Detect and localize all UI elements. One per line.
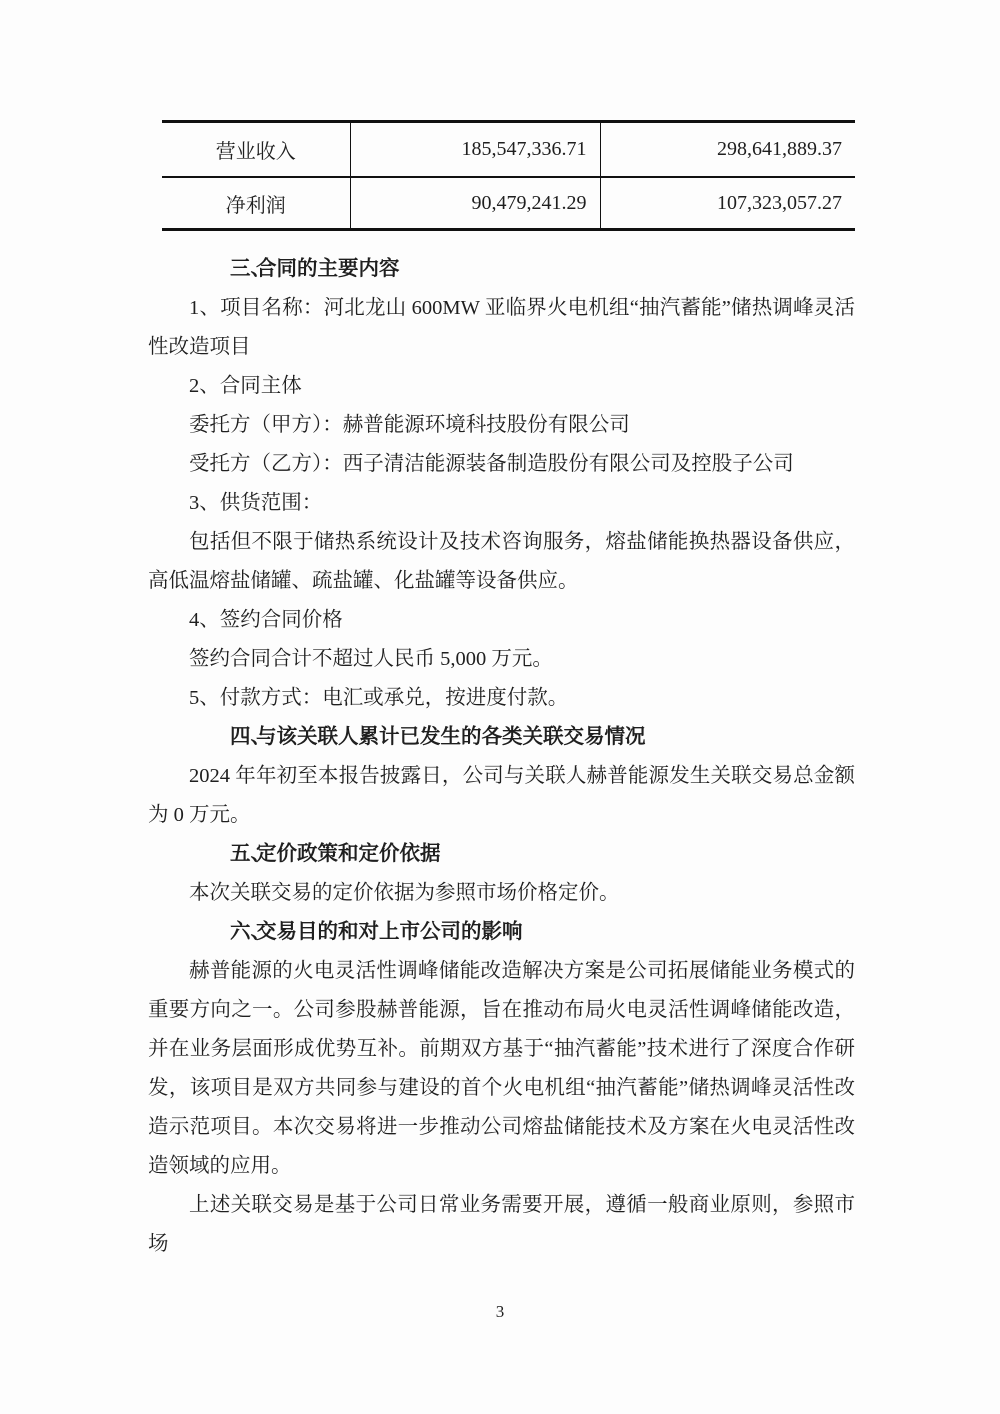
table-cell-revenue-label: 营业收入: [162, 122, 350, 178]
section-six-heading: 六、交易目的和对上市公司的影响: [148, 913, 855, 952]
paragraph-transaction-purpose: 赫普能源的火电灵活性调峰储能改造解决方案是公司拓展储能业务模式的重要方向之一。公…: [148, 952, 855, 1186]
table-cell-revenue-value1: 185,547,336.71: [350, 122, 600, 178]
page-number: 3: [0, 1302, 1000, 1322]
section-three-number: 三、: [189, 250, 256, 289]
paragraph-supply-scope: 包括但不限于储热系统设计及技术咨询服务，熔盐储能换热器设备供应，高低温熔盐储罐、…: [148, 523, 855, 601]
paragraph-supply-scope-title: 3、供货范围：: [148, 484, 855, 523]
table-cell-revenue-value2: 298,641,889.37: [600, 122, 855, 178]
section-six-number: 六、: [189, 913, 256, 952]
section-six-title: 交易目的和对上市公司的影响: [256, 921, 523, 943]
paragraph-party-a: 委托方（甲方）：赫普能源环境科技股份有限公司: [148, 406, 855, 445]
table-row-net-profit: 净利润 90,479,241.29 107,323,057.27: [162, 177, 855, 230]
section-three-title: 合同的主要内容: [256, 258, 400, 280]
table-cell-net-profit-value2: 107,323,057.27: [600, 177, 855, 230]
paragraph-transaction-principles: 上述关联交易是基于公司日常业务需要开展，遵循一般商业原则，参照市场: [148, 1186, 855, 1264]
section-four-heading: 四、与该关联人累计已发生的各类关联交易情况: [148, 718, 855, 757]
paragraph-pricing-basis: 本次关联交易的定价依据为参照市场价格定价。: [148, 874, 855, 913]
table-row-revenue: 营业收入 185,547,336.71 298,641,889.37: [162, 122, 855, 178]
table-cell-net-profit-label: 净利润: [162, 177, 350, 230]
section-five-number: 五、: [189, 835, 256, 874]
paragraph-contract-price: 签约合同合计不超过人民币 5,000 万元。: [148, 640, 855, 679]
document-body: 三、合同的主要内容 1、项目名称：河北龙山 600MW 亚临界火电机组“抽汽蓄能…: [148, 250, 855, 1264]
financial-summary-table: 营业收入 185,547,336.71 298,641,889.37 净利润 9…: [162, 120, 855, 231]
section-four-title: 与该关联人累计已发生的各类关联交易情况: [256, 726, 646, 748]
section-four-number: 四、: [189, 718, 256, 757]
paragraph-contract-parties: 2、合同主体: [148, 367, 855, 406]
section-five-heading: 五、定价政策和定价依据: [148, 835, 855, 874]
section-three-heading: 三、合同的主要内容: [148, 250, 855, 289]
paragraph-cumulative-transactions: 2024 年年初至本报告披露日，公司与关联人赫普能源发生关联交易总金额为 0 万…: [148, 757, 855, 835]
section-five-title: 定价政策和定价依据: [256, 843, 441, 865]
paragraph-project-name: 1、项目名称：河北龙山 600MW 亚临界火电机组“抽汽蓄能”储热调峰灵活性改造…: [148, 289, 855, 367]
document-page: 营业收入 185,547,336.71 298,641,889.37 净利润 9…: [0, 0, 1000, 1414]
table-cell-net-profit-value1: 90,479,241.29: [350, 177, 600, 230]
paragraph-payment-method: 5、付款方式：电汇或承兑，按进度付款。: [148, 679, 855, 718]
paragraph-contract-price-title: 4、签约合同价格: [148, 601, 855, 640]
paragraph-party-b: 受托方（乙方）：西子清洁能源装备制造股份有限公司及控股子公司: [148, 445, 855, 484]
